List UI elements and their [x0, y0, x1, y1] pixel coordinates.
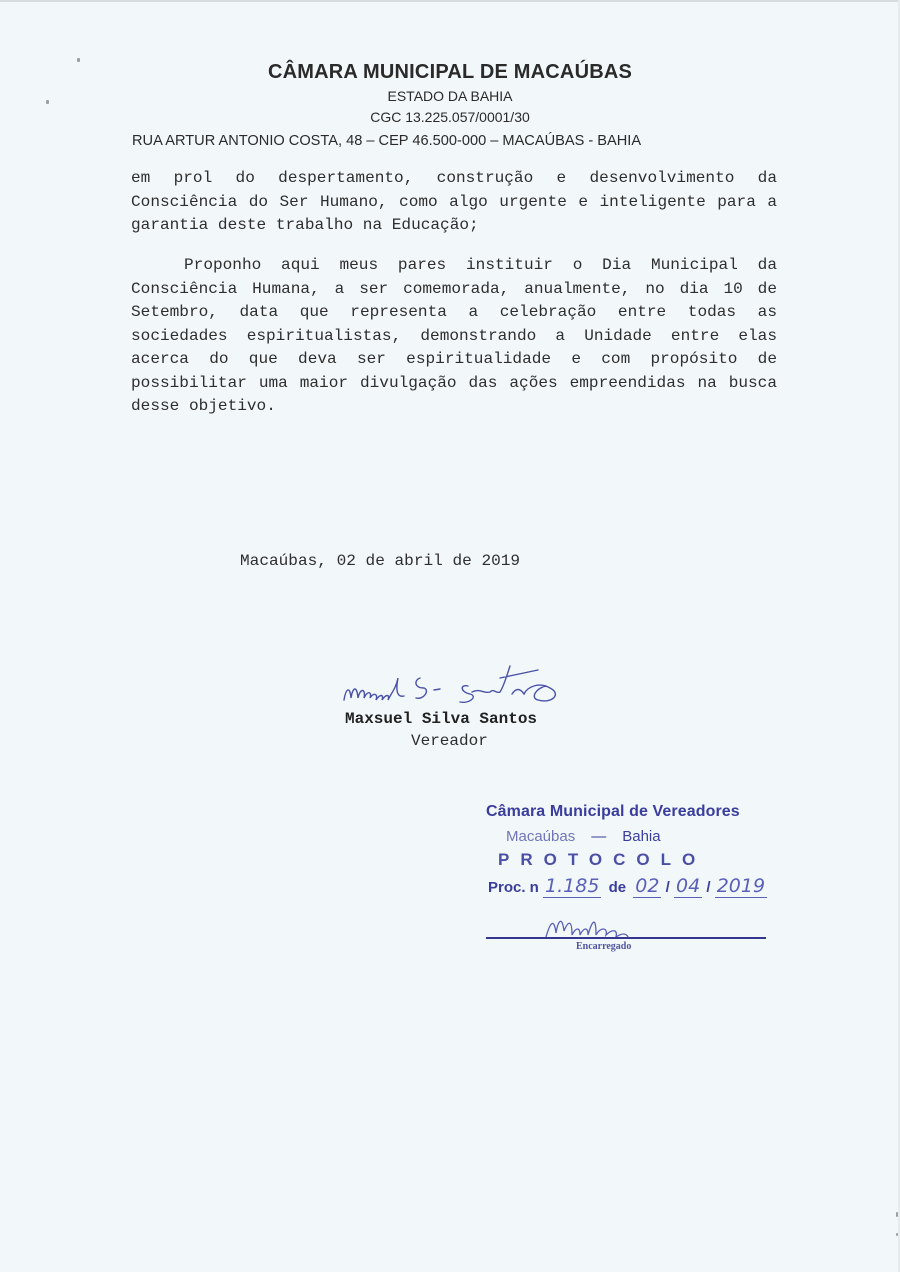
scan-edge-top: [0, 0, 900, 2]
signature-line: [486, 937, 766, 939]
proc-number: 1.185: [543, 875, 601, 898]
stamp-city: Macaúbas: [506, 828, 575, 845]
signer-role: Vereador: [411, 732, 488, 750]
stamp-location: Macaúbas—Bahia: [506, 828, 661, 845]
stamp-state: Bahia: [622, 828, 660, 845]
letterhead: CÂMARA MUNICIPAL DE MACAÚBAS ESTADO DA B…: [0, 58, 900, 128]
stamp-process-line: Proc. n 1.185 de 02 / 04 / 2019: [488, 875, 767, 897]
stamp-dash: —: [591, 828, 606, 845]
place-and-date: Macaúbas, 02 de abril de 2019: [240, 552, 520, 570]
handwritten-signature: [340, 658, 580, 710]
signer-name: Maxsuel Silva Santos: [345, 710, 537, 728]
institution-title: CÂMARA MUNICIPAL DE MACAÚBAS: [0, 58, 900, 86]
date-separator: /: [666, 879, 670, 896]
proc-day: 02: [633, 875, 661, 898]
body-paragraph-1: em prol do despertamento, construção e d…: [131, 167, 777, 238]
scan-speck: [896, 1233, 898, 1236]
proc-label: Proc. n: [488, 879, 539, 896]
proc-year: 2019: [715, 875, 767, 898]
stamp-institution: Câmara Municipal de Vereadores: [486, 803, 740, 821]
body-paragraph-2: Proponho aqui meus pares instituir o Dia…: [131, 254, 777, 419]
clerk-label: Encarregado: [576, 941, 631, 952]
date-separator: /: [706, 879, 710, 896]
proc-date-label: de: [609, 879, 627, 896]
state-name: ESTADO DA BAHIA: [0, 86, 900, 107]
stamp-protocol-label: PROTOCOLO: [498, 850, 706, 870]
scan-speck: [896, 1212, 898, 1217]
proc-month: 04: [674, 875, 702, 898]
institution-address: RUA ARTUR ANTONIO COSTA, 48 – CEP 46.500…: [132, 131, 641, 152]
cgc-number: CGC 13.225.057/0001/30: [0, 107, 900, 128]
